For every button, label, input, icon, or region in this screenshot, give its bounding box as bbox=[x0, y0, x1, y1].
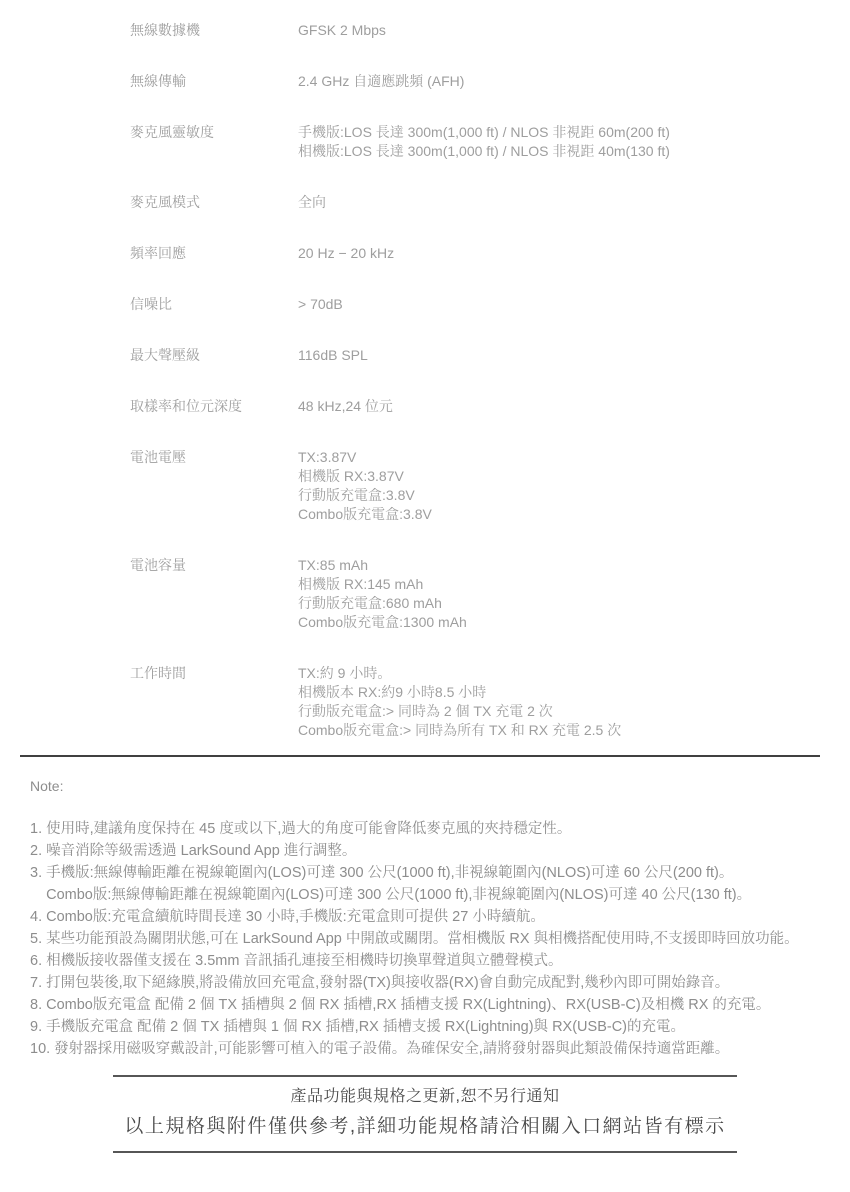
spec-value: 48 kHz,24 位元 bbox=[298, 397, 850, 416]
note-item: 10. 發射器採用磁吸穿戴設計,可能影響可植入的電子設備。為確保安全,請將發射器… bbox=[30, 1038, 848, 1060]
spec-value: > 70dB bbox=[298, 295, 850, 314]
spec-row: 無線傳輸2.4 GHz 自適應跳頻 (AFH) bbox=[130, 72, 850, 91]
note-item: 4. Combo版:充電盒續航時間長達 30 小時,手機版:充電盒則可提供 27… bbox=[30, 906, 848, 928]
spec-label: 麥克風靈敏度 bbox=[130, 123, 298, 161]
footer-disclaimer: 產品功能與規格之更新,恕不另行通知 以上規格與附件僅供參考,詳細功能規格請洽相關… bbox=[113, 1075, 737, 1153]
spec-row: 最大聲壓級116dB SPL bbox=[130, 346, 850, 365]
note-item: 3. 手機版:無線傳輸距離在視線範圍內(LOS)可達 300 公尺(1000 f… bbox=[30, 862, 848, 906]
spec-row: 信噪比> 70dB bbox=[130, 295, 850, 314]
note-item: 8. Combo版充電盒 配備 2 個 TX 插槽與 2 個 RX 插槽,RX … bbox=[30, 994, 848, 1016]
spec-value: GFSK 2 Mbps bbox=[298, 21, 850, 40]
spec-label: 麥克風模式 bbox=[130, 193, 298, 212]
spec-row: 電池容量TX:85 mAh 相機版 RX:145 mAh 行動版充電盒:680 … bbox=[130, 556, 850, 632]
note-item: 9. 手機版充電盒 配備 2 個 TX 插槽與 1 個 RX 插槽,RX 插槽支… bbox=[30, 1016, 848, 1038]
spec-value: 20 Hz − 20 kHz bbox=[298, 244, 850, 263]
spec-row: 電池電壓TX:3.87V 相機版 RX:3.87V 行動版充電盒:3.8V Co… bbox=[130, 448, 850, 524]
spec-row: 取樣率和位元深度48 kHz,24 位元 bbox=[130, 397, 850, 416]
spec-value: TX:3.87V 相機版 RX:3.87V 行動版充電盒:3.8V Combo版… bbox=[298, 448, 850, 524]
notes-list: 1. 使用時,建議角度保持在 45 度或以下,過大的角度可能會降低麥克風的夾持穩… bbox=[30, 818, 848, 1060]
footer-disclaimer-line-1: 產品功能與規格之更新,恕不另行通知 bbox=[113, 1087, 737, 1107]
spec-value: TX:85 mAh 相機版 RX:145 mAh 行動版充電盒:680 mAh … bbox=[298, 556, 850, 632]
spec-label: 電池電壓 bbox=[130, 448, 298, 524]
spec-label: 最大聲壓級 bbox=[130, 346, 298, 365]
spec-label: 工作時間 bbox=[130, 664, 298, 740]
spec-value: 手機版:LOS 長達 300m(1,000 ft) / NLOS 非視距 60m… bbox=[298, 123, 850, 161]
note-item: 2. 噪音消除等級需透過 LarkSound App 進行調整。 bbox=[30, 840, 848, 862]
spec-label: 頻率回應 bbox=[130, 244, 298, 263]
spec-row: 工作時間TX:約 9 小時。 相機版本 RX:約9 小時8.5 小時 行動版充電… bbox=[130, 664, 850, 740]
spec-value: 全向 bbox=[298, 193, 850, 212]
spec-label: 信噪比 bbox=[130, 295, 298, 314]
spec-label: 無線傳輸 bbox=[130, 72, 298, 91]
note-item: 6. 相機版接收器僅支援在 3.5mm 音訊插孔連接至相機時切換單聲道與立體聲模… bbox=[30, 950, 848, 972]
notes-heading: Note: bbox=[30, 776, 848, 796]
spec-row: 無線數據機GFSK 2 Mbps bbox=[130, 21, 850, 40]
spec-value: TX:約 9 小時。 相機版本 RX:約9 小時8.5 小時 行動版充電盒:> … bbox=[298, 664, 850, 740]
note-item: 5. 某些功能預設為關閉狀態,可在 LarkSound App 中開啟或關閉。當… bbox=[30, 928, 848, 950]
section-divider bbox=[20, 755, 820, 757]
spec-label: 電池容量 bbox=[130, 556, 298, 632]
spec-value: 116dB SPL bbox=[298, 346, 850, 365]
spec-label: 取樣率和位元深度 bbox=[130, 397, 298, 416]
spec-row: 麥克風模式全向 bbox=[130, 193, 850, 212]
spec-value: 2.4 GHz 自適應跳頻 (AFH) bbox=[298, 72, 850, 91]
notes-section: Note: 1. 使用時,建議角度保持在 45 度或以下,過大的角度可能會降低麥… bbox=[30, 776, 848, 1060]
spec-table: 無線數據機GFSK 2 Mbps無線傳輸2.4 GHz 自適應跳頻 (AFH)麥… bbox=[0, 0, 850, 740]
note-item: 7. 打開包裝後,取下絕緣膜,將設備放回充電盒,發射器(TX)與接收器(RX)會… bbox=[30, 972, 848, 994]
spec-row: 麥克風靈敏度手機版:LOS 長達 300m(1,000 ft) / NLOS 非… bbox=[130, 123, 850, 161]
footer-disclaimer-line-2: 以上規格與附件僅供參考,詳細功能規格請洽相關入口網站皆有標示 bbox=[113, 1115, 737, 1139]
spec-row: 頻率回應20 Hz − 20 kHz bbox=[130, 244, 850, 263]
spec-label: 無線數據機 bbox=[130, 21, 298, 40]
note-item: 1. 使用時,建議角度保持在 45 度或以下,過大的角度可能會降低麥克風的夾持穩… bbox=[30, 818, 848, 840]
